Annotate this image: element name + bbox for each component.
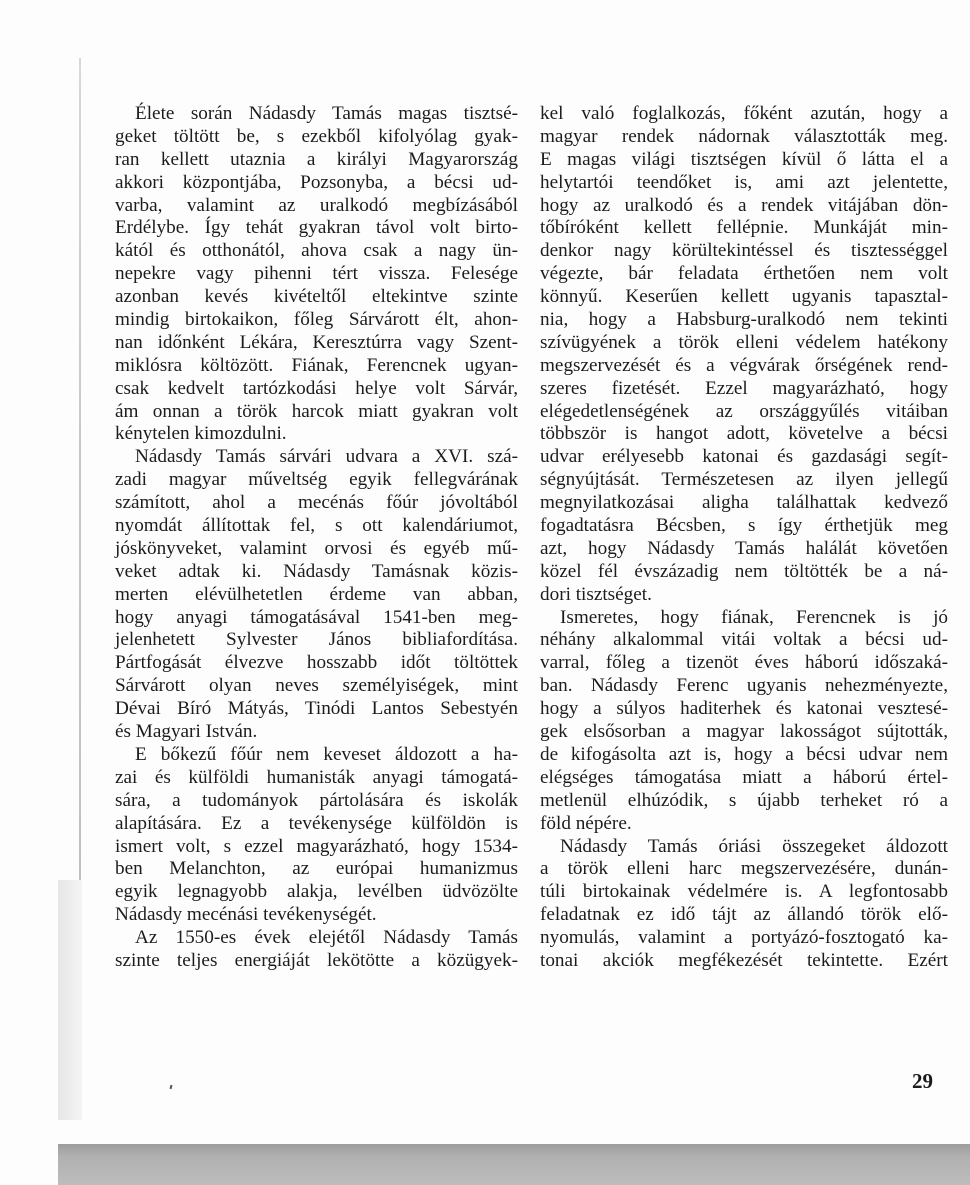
text-line: varral, főleg a tizenöt éves háború idős… [540, 652, 948, 675]
text-line: gek elsősorban a magyar lakosságot sújto… [540, 721, 948, 744]
text-line: kénytelen kimozdulni. [115, 423, 518, 446]
text-line: ám onnan a török harcok miatt gyakran vo… [115, 401, 518, 424]
text-line: föld népére. [540, 813, 948, 836]
text-line: alapítására. Ez a tevékenysége külföldön… [115, 813, 518, 836]
text-line: nia, hogy a Habsburg-uralkodó nem tekint… [540, 309, 948, 332]
text-line: többször is hangot adott, követelve a bé… [540, 423, 948, 446]
text-line: jóskönyveket, valamint orvosi és egyéb m… [115, 538, 518, 561]
text-line: elégedetlenségének az országgyűlés vitái… [540, 401, 948, 424]
text-line: hogy anyagi támogatásával 1541-ben meg- [115, 607, 518, 630]
text-line: nyomulás, valamint a portyázó-fosztogató… [540, 927, 948, 950]
text-line: denkor nagy körültekintéssel és tisztess… [540, 240, 948, 263]
text-line: E bőkezű főúr nem keveset áldozott a ha- [115, 744, 518, 767]
text-line: a török elleni harc megszervezésére, dun… [540, 858, 948, 881]
text-line: veket adtak ki. Nádasdy Tamásnak közis- [115, 561, 518, 584]
text-line: Dévai Bíró Mátyás, Tinódi Lantos Sebesty… [115, 698, 518, 721]
text-line: elégséges támogatása miatt a háború érte… [540, 767, 948, 790]
text-line: jelenhetett Sylvester János bibliafordít… [115, 629, 518, 652]
text-line: megnyilatkozásai aligha találhattak kedv… [540, 492, 948, 515]
text-line: ran kellett utaznia a királyi Magyarorsz… [115, 149, 518, 172]
text-line: hogy az uralkodó és a rendek vitájában d… [540, 195, 948, 218]
text-line: számított, ahol a mecénás főúr jóvoltábó… [115, 492, 518, 515]
text-line: és Magyari István. [115, 721, 518, 744]
left-text-column: Élete során Nádasdy Tamás magas tisztsé-… [115, 103, 518, 973]
text-line: csak kedvelt tartózkodási helye volt Sár… [115, 378, 518, 401]
scan-bottom-shadow [58, 1144, 970, 1185]
text-line: fogadtatásra Bécsben, s így érthetjük me… [540, 515, 948, 538]
text-line: feladatnak ez idő tájt az állandó török … [540, 904, 948, 927]
text-line: kel való foglalkozás, főként azután, hog… [540, 103, 948, 126]
text-line: ban. Nádasdy Ferenc ugyanis nehezményezt… [540, 675, 948, 698]
text-line: zadi magyar műveltség egyik fellegvárána… [115, 469, 518, 492]
text-line: nan időnként Lékára, Keresztúrra vagy Sz… [115, 332, 518, 355]
text-line: dori tisztséget. [540, 584, 948, 607]
text-line: Nádasdy Tamás óriási összegeket áldozott [540, 836, 948, 859]
text-line: végezte, bár feladata érthetően nem volt [540, 263, 948, 286]
text-line: ségnyújtását. Természetesen az ilyen jel… [540, 469, 948, 492]
text-line: Erdélybe. Így tehát gyakran távol volt b… [115, 217, 518, 240]
text-line: ismert volt, s ezzel magyarázható, hogy … [115, 836, 518, 859]
text-line: ben Melanchton, az európai humanizmus [115, 858, 518, 881]
text-line: kától és otthonától, ahova csak a nagy ü… [115, 240, 518, 263]
text-line: miklósra költözött. Fiának, Ferencnek ug… [115, 355, 518, 378]
page-number: 29 [912, 1069, 933, 1094]
text-line: néhány alkalommal vitái voltak a bécsi u… [540, 629, 948, 652]
text-line: hogy a súlyos haditerhek és katonai vesz… [540, 698, 948, 721]
text-line: E magas világi tisztségen kívül ő látta … [540, 149, 948, 172]
text-line: Nádasdy Tamás sárvári udvara a XVI. szá- [115, 446, 518, 469]
text-line: Nádasdy mecénási tevékenységét. [115, 904, 518, 927]
text-line: túli birtokainak védelmére is. A legfont… [540, 881, 948, 904]
text-line: varba, valamint az uralkodó megbízásából [115, 195, 518, 218]
text-line: metlenül elhúzódik, s újabb terheket ró … [540, 790, 948, 813]
text-line: merten elévülhetetlen érdeme van abban, [115, 584, 518, 607]
text-line: helytartói teendőket is, ami azt jelente… [540, 172, 948, 195]
text-line: azonban kevés kivételtől eltekintve szin… [115, 286, 518, 309]
text-line: szeres fizetését. Ezzel magyarázható, ho… [540, 378, 948, 401]
text-line: szívügyének a török elleni védelem haték… [540, 332, 948, 355]
text-line: Élete során Nádasdy Tamás magas tisztsé- [115, 103, 518, 126]
text-line: nyomdát állítottak fel, s ott kalendáriu… [115, 515, 518, 538]
text-line: de kifogásolta azt is, hogy a bécsi udva… [540, 744, 948, 767]
text-line: közel fél évszázadig nem töltötték be a … [540, 561, 948, 584]
text-line: könnyű. Keserűen kellett ugyanis tapaszt… [540, 286, 948, 309]
scan-speck [170, 1085, 173, 1089]
text-line: udvar erélyesebb katonai és gazdasági se… [540, 446, 948, 469]
text-line: sára, a tudományok pártolására és iskolá… [115, 790, 518, 813]
right-text-column: kel való foglalkozás, főként azután, hog… [540, 103, 948, 973]
text-line: tonai akciók megfékezését tekintette. Ez… [540, 950, 948, 973]
text-line: Sárvárott olyan neves személyiségek, min… [115, 675, 518, 698]
text-line: geket töltött be, s ezekből kifolyólag g… [115, 126, 518, 149]
text-line: mindig birtokaikon, főleg Sárvárott élt,… [115, 309, 518, 332]
text-line: Az 1550-es évek elejétől Nádasdy Tamás [115, 927, 518, 950]
text-line: tőbíróként kellett fellépnie. Munkáját m… [540, 217, 948, 240]
text-line: azt, hogy Nádasdy Tamás halálát követően [540, 538, 948, 561]
text-line: nepekre vagy pihenni tért vissza. Felesé… [115, 263, 518, 286]
text-line: akkori központjába, Pozsonyba, a bécsi u… [115, 172, 518, 195]
text-line: megszervezését és a végvárak őrségének r… [540, 355, 948, 378]
text-line: szinte teljes energiáját lekötötte a köz… [115, 950, 518, 973]
page-edge-shadow [58, 880, 82, 1120]
book-page: Élete során Nádasdy Tamás magas tisztsé-… [0, 0, 970, 1185]
text-line: Pártfogását élvezve hosszabb időt töltöt… [115, 652, 518, 675]
text-line: Ismeretes, hogy fiának, Ferencnek is jó [540, 607, 948, 630]
text-line: egyik legnagyobb alakja, levélben üdvözö… [115, 881, 518, 904]
text-line: zai és külföldi humanisták anyagi támoga… [115, 767, 518, 790]
text-line: magyar rendek nádornak választották meg. [540, 126, 948, 149]
